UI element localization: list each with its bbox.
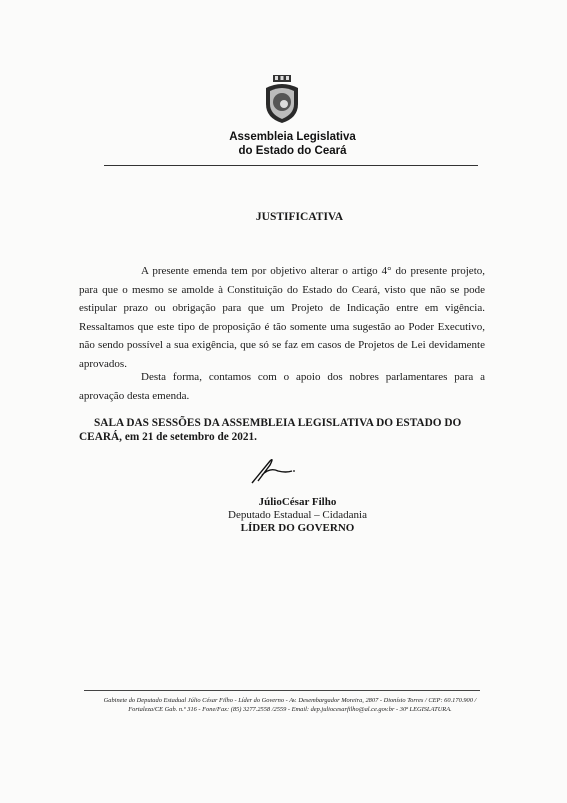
justification-paragraph-1: A presente emenda tem por objetivo alter… (79, 262, 485, 373)
footer-line-2: Fortaleza/CE Gab. n.º 316 - Fone/Fax: (8… (70, 705, 510, 714)
footer-line-1: Gabinete do Deputado Estadual Júlio Césa… (70, 696, 510, 705)
org-name-line2: do Estado do Ceará (18, 144, 567, 158)
signer-title: LÍDER DO GOVERNO (14, 522, 567, 535)
signer-name: JúlioCésar Filho (14, 496, 567, 509)
signer-role: Deputado Estadual – Cidadania (14, 509, 567, 522)
handwritten-signature-icon (248, 455, 308, 485)
organization-header: Assembleia Legislativa do Estado do Cear… (0, 130, 567, 158)
state-coat-of-arms-icon (262, 74, 302, 124)
footer-divider (84, 690, 480, 691)
footer-address: Gabinete do Deputado Estadual Júlio Césa… (70, 696, 510, 714)
document-title: JUSTIFICATIVA (16, 211, 567, 223)
org-name-line1: Assembleia Legislativa (18, 130, 567, 144)
session-closing: SALA DAS SESSÕES DA ASSEMBLEIA LEGISLATI… (79, 416, 489, 444)
signer-block: JúlioCésar Filho Deputado Estadual – Cid… (14, 496, 567, 535)
header-divider (104, 165, 478, 166)
justification-paragraph-2: Desta forma, contamos com o apoio dos no… (79, 368, 485, 405)
